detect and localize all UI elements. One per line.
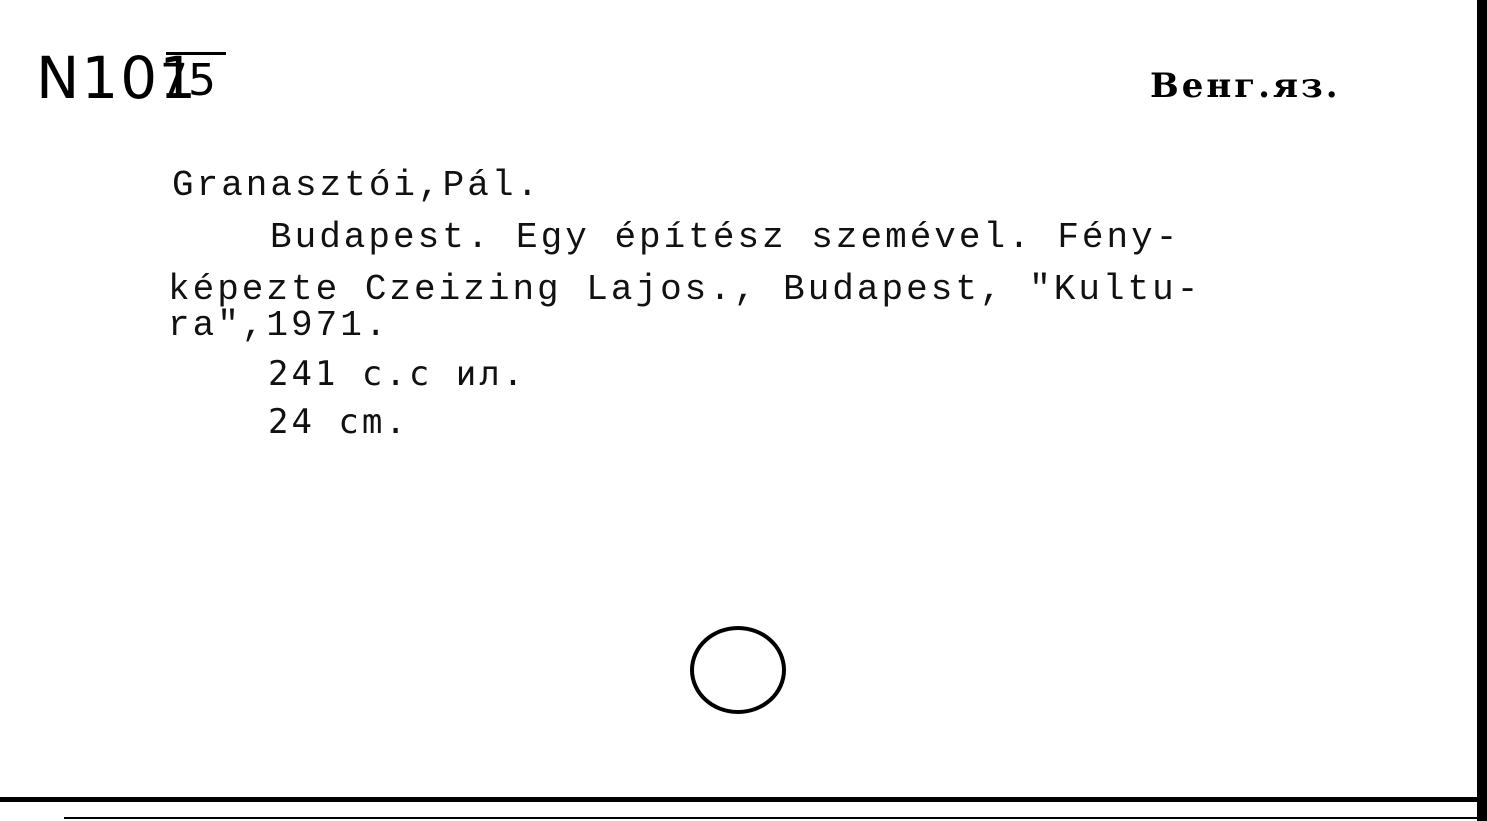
author-heading: Granasztói,Pál. <box>172 168 541 204</box>
card-bottom-border <box>0 797 1487 802</box>
title-line-3: ra",1971. <box>168 308 389 344</box>
language-stamp: Венг.яз. <box>1150 66 1341 106</box>
scan-bottom-line <box>64 817 1487 819</box>
call-number-fraction: 75 <box>160 52 226 103</box>
title-line-1: Budapest. Egy építész szemével. Fény- <box>270 220 1180 256</box>
punch-hole <box>690 626 786 714</box>
dimensions: 24 cm. <box>268 404 409 440</box>
catalog-card: N101 75 Венг.яз. Granasztói,Pál. Budapes… <box>0 0 1477 797</box>
call-number-fraction-value: 75 <box>160 55 216 106</box>
card-right-border <box>1477 0 1487 821</box>
pagination: 241 c.c ил. <box>268 356 526 392</box>
title-line-2: képezte Czeizing Lajos., Budapest, "Kult… <box>168 272 1201 308</box>
